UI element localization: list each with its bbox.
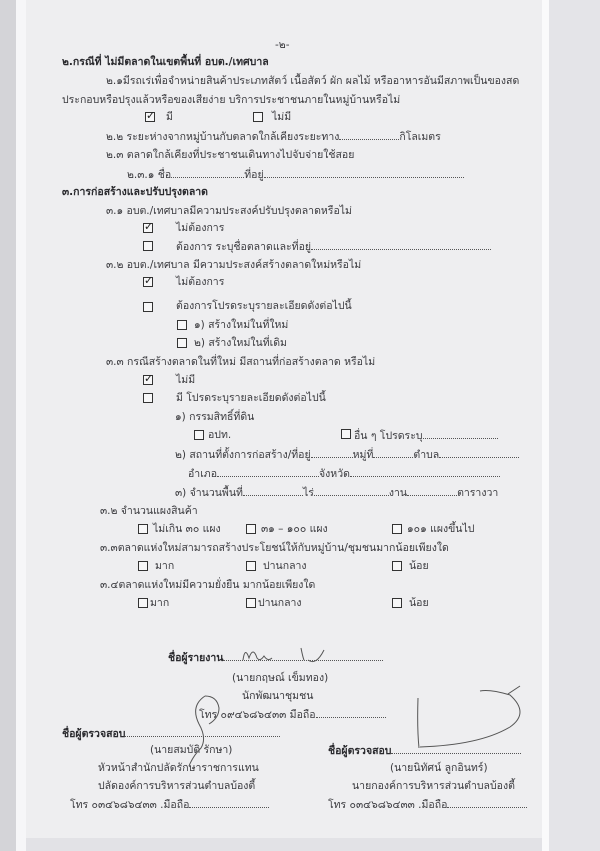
reporter-signature-mark [243, 652, 272, 660]
checker1-signature-mark [189, 696, 205, 766]
reporter-signature-mark-2 [301, 648, 324, 662]
handwritten-signatures [0, 0, 600, 851]
checker2-signature-mark [418, 686, 520, 748]
